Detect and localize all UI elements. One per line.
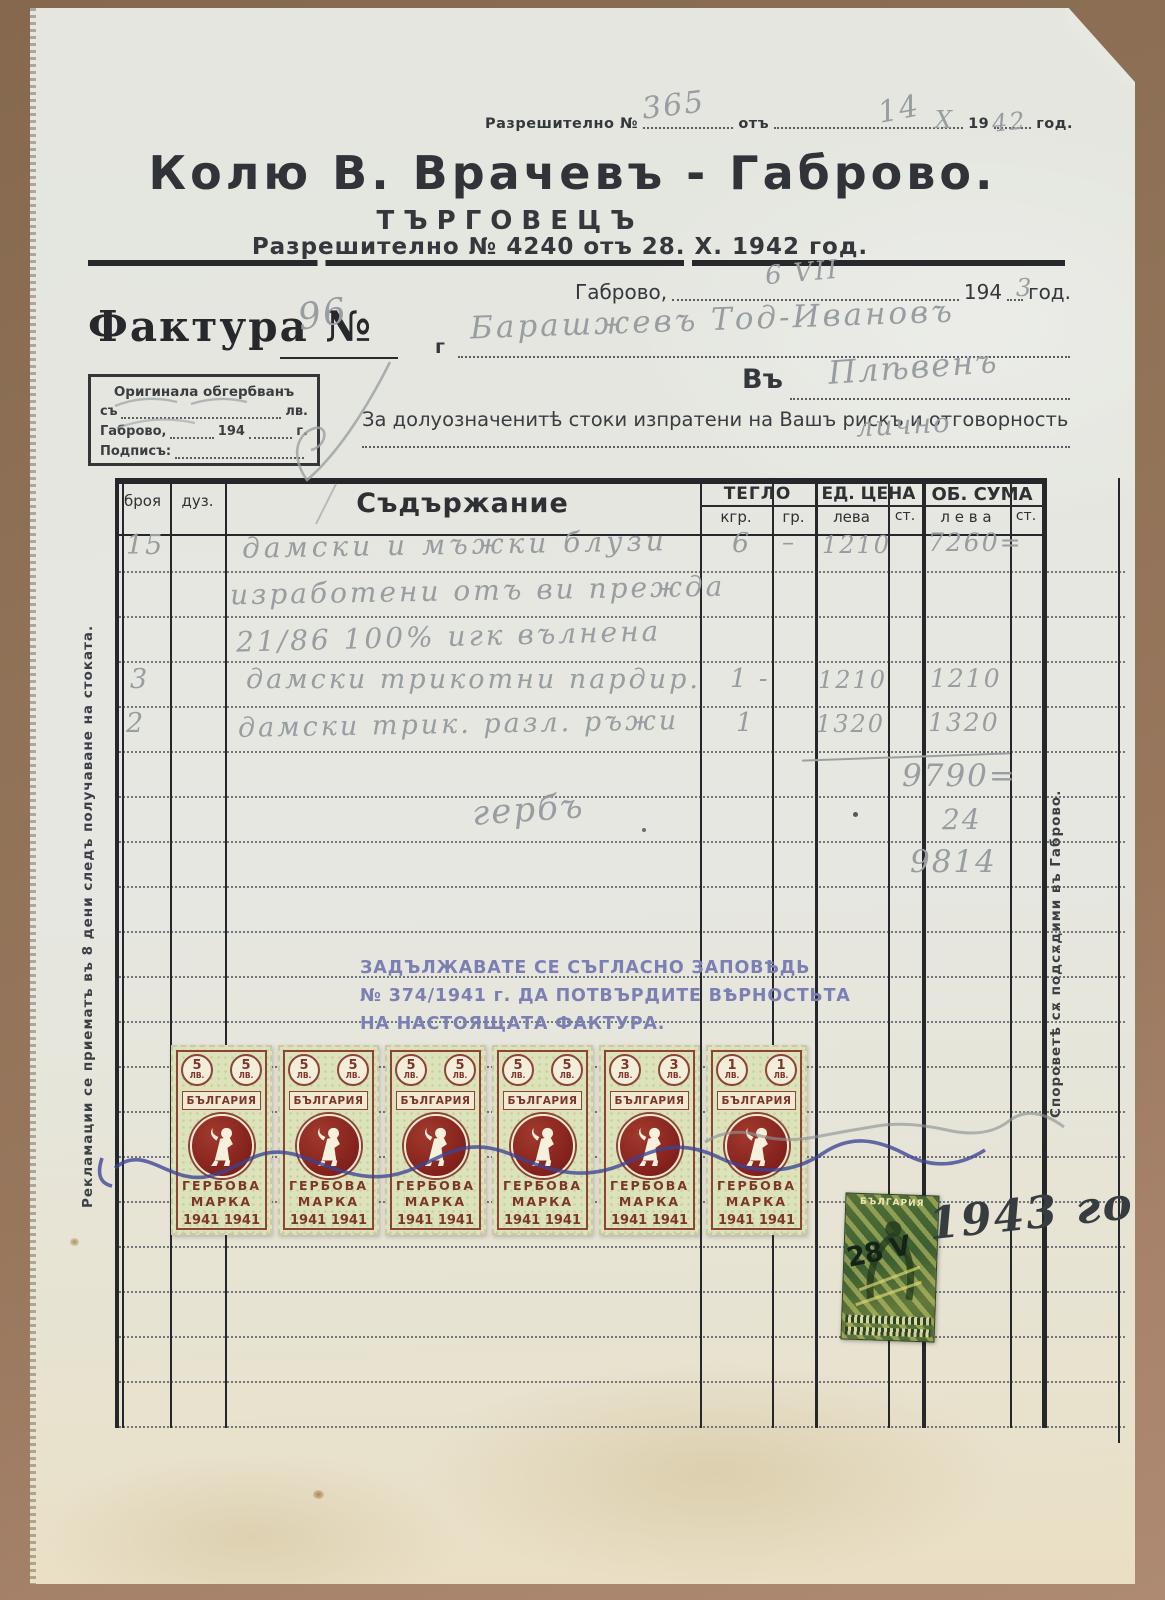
paper-stain: [313, 1490, 324, 1499]
denomination-badge: 5ЛВ.: [444, 1054, 476, 1086]
date-year-suffix: год.: [1028, 280, 1071, 304]
merchant-title: Колю В. Врачевъ - Габрово.: [30, 146, 1115, 200]
hw-row-total: 7260=: [928, 528, 1023, 557]
denomination-badge: 5ЛВ.: [395, 1054, 427, 1086]
side-note-right: Спороветѣ сѫ подсѫдими въ Габрово.: [1048, 778, 1064, 1118]
permit-line: Разрешително № отъ 19 год.: [485, 116, 1073, 132]
hw-row-qty: 15: [126, 530, 164, 561]
col-leva: лева: [815, 508, 888, 526]
denomination-badge: 5ЛВ.: [551, 1054, 583, 1086]
hw-permit-year: 42: [991, 106, 1028, 137]
ink-dot: [853, 812, 858, 817]
table-vline: [115, 478, 119, 1428]
hw-row-kg: 6: [732, 528, 751, 559]
hw-row-kg: 1: [736, 708, 755, 738]
col-unit-price: ЕД. ЦЕНА: [815, 484, 922, 504]
hw-recipient: Барашжевъ Тод-Ивановъ: [470, 294, 956, 347]
hw-row-price: 1320: [816, 710, 885, 738]
city-line: [790, 398, 1070, 400]
table-vline: [170, 478, 172, 1428]
recipient-g-label: г: [435, 336, 445, 358]
table-vline: [815, 478, 818, 1428]
hw-row-qty: 2: [126, 708, 145, 739]
blue-order-stamp: ЗАДЪЛЖАВАТЕ СЕ СЪГЛАСНО ЗАПОВѢДЬ № 374/1…: [360, 954, 851, 1038]
col-qty: броя: [115, 492, 170, 510]
blue-stamp-line2: № 374/1941 г. ДА ПОТВЪРДИТЕ ВѢРНОСТЬТА: [360, 982, 851, 1010]
denomination-badge: 3ЛВ.: [609, 1054, 641, 1086]
denomination-badge: 5ЛВ.: [230, 1054, 262, 1086]
hw-row-total: 1320: [928, 708, 1000, 737]
hw-fee: 24: [942, 803, 982, 836]
hw-gerb-note: гербъ: [471, 786, 586, 834]
denomination-badge: 1ЛВ.: [765, 1054, 797, 1086]
col-gr: гр.: [772, 508, 815, 526]
margin-vline: [1118, 478, 1120, 1443]
table-vline: [1042, 478, 1047, 1428]
table-vline: [122, 478, 124, 1428]
hw-lichno: лично: [855, 408, 952, 444]
pencil-check: [306, 482, 346, 526]
city-in-label: Въ: [742, 364, 783, 395]
col-content: Съдържание: [225, 488, 700, 519]
blue-stamp-line1: ЗАДЪЛЖАВАТЕ СЕ СЪГЛАСНО ЗАПОВѢДЬ: [360, 954, 851, 982]
col-weight: ТЕГЛО: [700, 484, 815, 504]
denomination-badge: 5ЛВ.: [502, 1054, 534, 1086]
col-leva2: л е в а: [922, 508, 1010, 526]
denomination-badge: 5ЛВ.: [337, 1054, 369, 1086]
col-dozen: дуз.: [170, 492, 225, 510]
permit-printed: Разрешително № 4240 отъ 28. X. 1942 год.: [30, 234, 1090, 260]
ink-dot: [642, 828, 646, 832]
hw-grand-total: 9814: [910, 844, 997, 880]
col-total: ОБ. СУМА: [922, 484, 1042, 505]
corner-fold: [1065, 8, 1135, 86]
permit-ot-label: отъ: [738, 116, 769, 132]
merchant-subtitle: ТЪРГОВЕЦЪ: [30, 206, 990, 236]
hw-permit-month: X: [935, 106, 954, 134]
permit-year-suffix: год.: [1036, 116, 1073, 132]
hw-row-price: 1210: [822, 531, 891, 559]
paper-stain: [70, 1238, 79, 1246]
hw-row-content: дамски трикотни пардир.: [246, 664, 701, 695]
hw-city: Плѣвенъ: [827, 342, 1000, 392]
denomination-badge: 3ЛВ.: [658, 1054, 690, 1086]
col-st: ст.: [888, 508, 922, 524]
permit-year-prefix: 19: [968, 116, 989, 132]
table-vline: [700, 478, 702, 1428]
table-vline: [772, 478, 774, 1428]
permit-label: Разрешително №: [485, 116, 638, 132]
hw-date-year: 3: [1016, 274, 1033, 302]
hw-row-qty: 3: [130, 664, 149, 695]
date-place: Габрово,: [575, 280, 667, 304]
hw-row-kg: 1 -: [730, 664, 770, 694]
blue-stamp-line3: НА НАСТОЯЩАТА ФАКТУРА.: [360, 1010, 851, 1038]
header-subdivider: [700, 505, 1042, 507]
denomination-badge: 5ЛВ.: [181, 1054, 213, 1086]
date-year-prefix: 194: [964, 280, 1002, 304]
header-rule: [88, 260, 1065, 266]
hw-row-total: 1210: [930, 664, 1002, 693]
hw-row-price: 1210: [818, 666, 887, 694]
table-vline: [225, 478, 227, 1428]
hw-row-gr: –: [782, 528, 796, 556]
risk-text: За долуозначенитѣ стоки изпратени на Ваш…: [362, 408, 1068, 431]
hw-subtotal: 9790=: [902, 758, 1017, 794]
pencil-flourish: [85, 356, 425, 488]
denomination-badge: 1ЛВ.: [716, 1054, 748, 1086]
risk-underline: [362, 446, 1070, 448]
scan-background: Разрешително № отъ 19 год. 365 14 X 42 К…: [0, 0, 1165, 1600]
invoice-sheet: Разрешително № отъ 19 год. 365 14 X 42 К…: [30, 8, 1135, 1584]
table-vline: [1010, 478, 1012, 1428]
col-kg: кгр.: [700, 508, 772, 526]
col-st2: ст.: [1010, 508, 1042, 524]
denomination-badge: 5ЛВ.: [288, 1054, 320, 1086]
hw-invoice-number: 96: [295, 290, 351, 338]
